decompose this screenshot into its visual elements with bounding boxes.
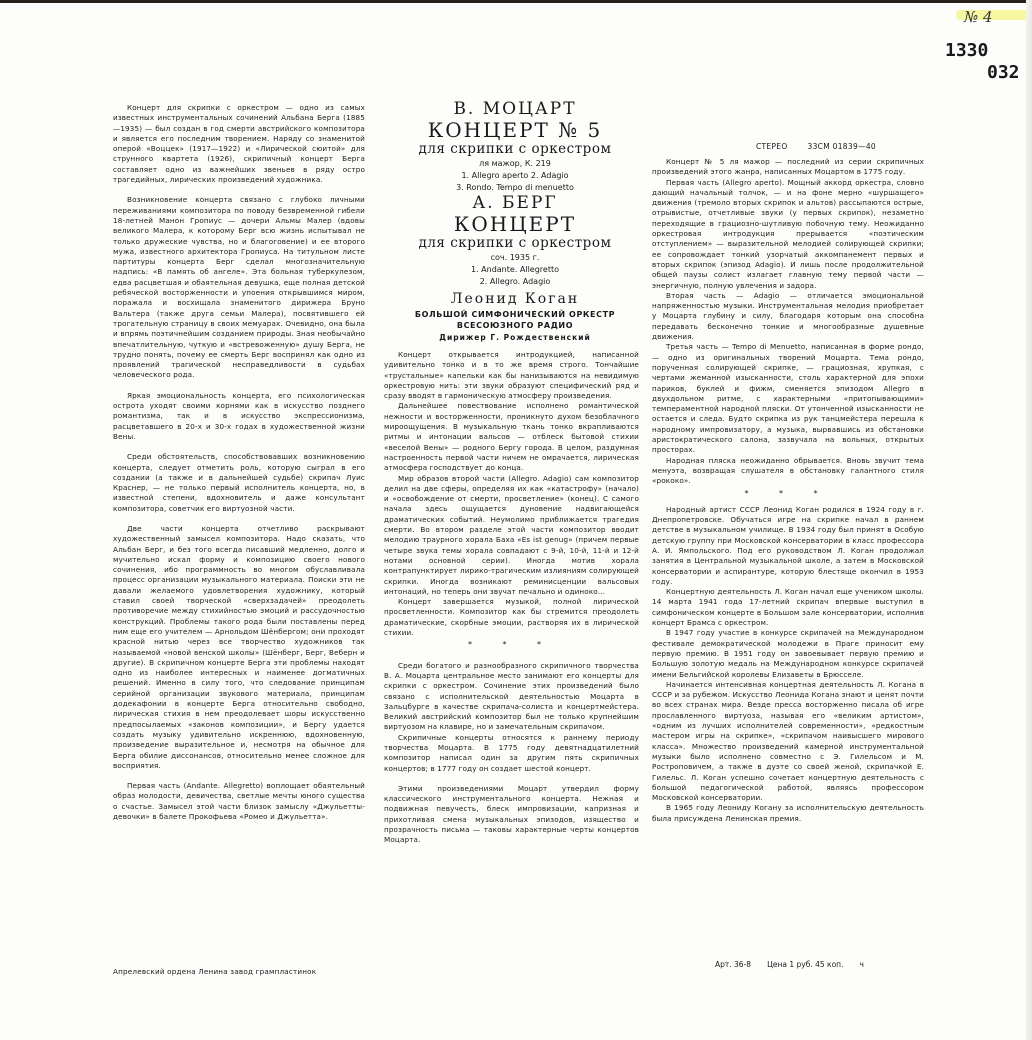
mozart-movements-1: 1. Allegro aperto 2. Adagio xyxy=(384,170,646,182)
catalog-line: СТЕРЕО33СМ 01839—40 xyxy=(756,142,896,151)
paragraph: Третья часть — Tempo di Menuetto, написа… xyxy=(652,342,924,455)
mozart-subtitle: для скрипки с оркестром xyxy=(384,141,646,158)
paragraph: Первая часть (Andante. Allegretto) вопло… xyxy=(113,781,365,822)
right-column: Концерт № 5 ля мажор — последний из сери… xyxy=(652,157,924,824)
paragraph: Первая часть (Allegro aperto). Мощный ак… xyxy=(652,178,924,291)
paragraph: Две части концерта отчетливо раскрывают … xyxy=(113,524,365,771)
scan-right-edge xyxy=(1026,0,1032,1040)
handwritten-note: № 4 xyxy=(960,8,997,26)
scan-top-edge xyxy=(0,0,1032,3)
catalog-number: 33СМ 01839—40 xyxy=(808,142,876,151)
price: Цена 1 руб. 45 коп. xyxy=(767,960,843,969)
section-separator: * * * xyxy=(384,640,639,650)
paragraph: Яркая эмоциональность концерта, его псих… xyxy=(113,391,365,442)
title-block: В. МОЦАРТ КОНЦЕРТ № 5 для скрипки с орке… xyxy=(384,100,646,345)
berg-composer: А. БЕРГ xyxy=(384,194,646,213)
paragraph: Среди обстоятельств, способствовавших во… xyxy=(113,452,365,514)
stamp-number-1: 1330 xyxy=(945,40,988,61)
performer: Леонид Коган xyxy=(384,290,646,309)
paragraph: Концерт открывается интродукцией, написа… xyxy=(384,350,639,401)
stereo-label: СТЕРЕО xyxy=(756,142,788,151)
paragraph: Возникновение концерта связано с глубоко… xyxy=(113,195,365,380)
paragraph: Этими произведениями Моцарт утвердил фор… xyxy=(384,784,639,846)
left-column: Концерт для скрипки с оркестром — одно и… xyxy=(113,103,365,822)
berg-movements-1: 1. Andante. Allegretto xyxy=(384,264,646,276)
paragraph: Начинается интенсивная концертная деятел… xyxy=(652,680,924,804)
mozart-key: ля мажор, К. 219 xyxy=(384,158,646,170)
paragraph: В 1947 году участие в конкурсе скрипачей… xyxy=(652,628,924,679)
berg-subtitle: для скрипки с оркестром xyxy=(384,235,646,252)
paragraph: Концерт для скрипки с оркестром — одно и… xyxy=(113,103,365,185)
paragraph: Концерт завершается музыкой, полной лири… xyxy=(384,597,639,638)
paragraph: Народная пляска неожиданно обрывается. В… xyxy=(652,456,924,487)
mozart-work-title: КОНЦЕРТ № 5 xyxy=(384,119,646,141)
paragraph: Народный артист СССР Леонид Коган родилс… xyxy=(652,505,924,587)
section-separator: * * * xyxy=(652,489,924,499)
stamp-number-2: 032 xyxy=(987,62,1020,83)
handwritten-text: № 4 xyxy=(964,8,993,26)
paragraph: Концерт № 5 ля мажор — последний из сери… xyxy=(652,157,924,178)
paragraph: Концертную деятельность Л. Коган начал е… xyxy=(652,587,924,628)
paragraph: Скрипичные концерты относятся к раннему … xyxy=(384,733,639,774)
orchestra-line-2: ВСЕСОЮЗНОГО РАДИО xyxy=(384,320,646,331)
price-footer: Арт. 36-8Цена 1 руб. 45 коп.ч xyxy=(715,960,880,969)
paragraph: Вторая часть — Adagio — отличается эмоци… xyxy=(652,291,924,342)
conductor: Дирижер Г. Рождественский xyxy=(384,331,646,345)
berg-work-title: КОНЦЕРТ xyxy=(384,213,646,235)
article-code: Арт. 36-8 xyxy=(715,960,751,969)
paragraph: Мир образов второй части (Allegro. Adagi… xyxy=(384,474,639,598)
orchestra-line-1: БОЛЬШОЙ СИМФОНИЧЕСКИЙ ОРКЕСТР xyxy=(384,309,646,320)
berg-movements-2: 2. Allegro. Adagio xyxy=(384,276,646,288)
paragraph: Среди богатого и разнообразного скрипичн… xyxy=(384,661,639,733)
berg-year: соч. 1935 г. xyxy=(384,252,646,264)
print-mark: ч xyxy=(859,960,863,969)
manufacturer-footer: Апрелевский ордена Ленина завод грамплас… xyxy=(113,967,316,976)
paragraph: В 1965 году Леониду Когану за исполнител… xyxy=(652,803,924,824)
paragraph: Дальнейшее повествование исполнено роман… xyxy=(384,401,639,473)
mozart-composer: В. МОЦАРТ xyxy=(384,100,646,119)
middle-column: Концерт открывается интродукцией, написа… xyxy=(384,350,639,846)
